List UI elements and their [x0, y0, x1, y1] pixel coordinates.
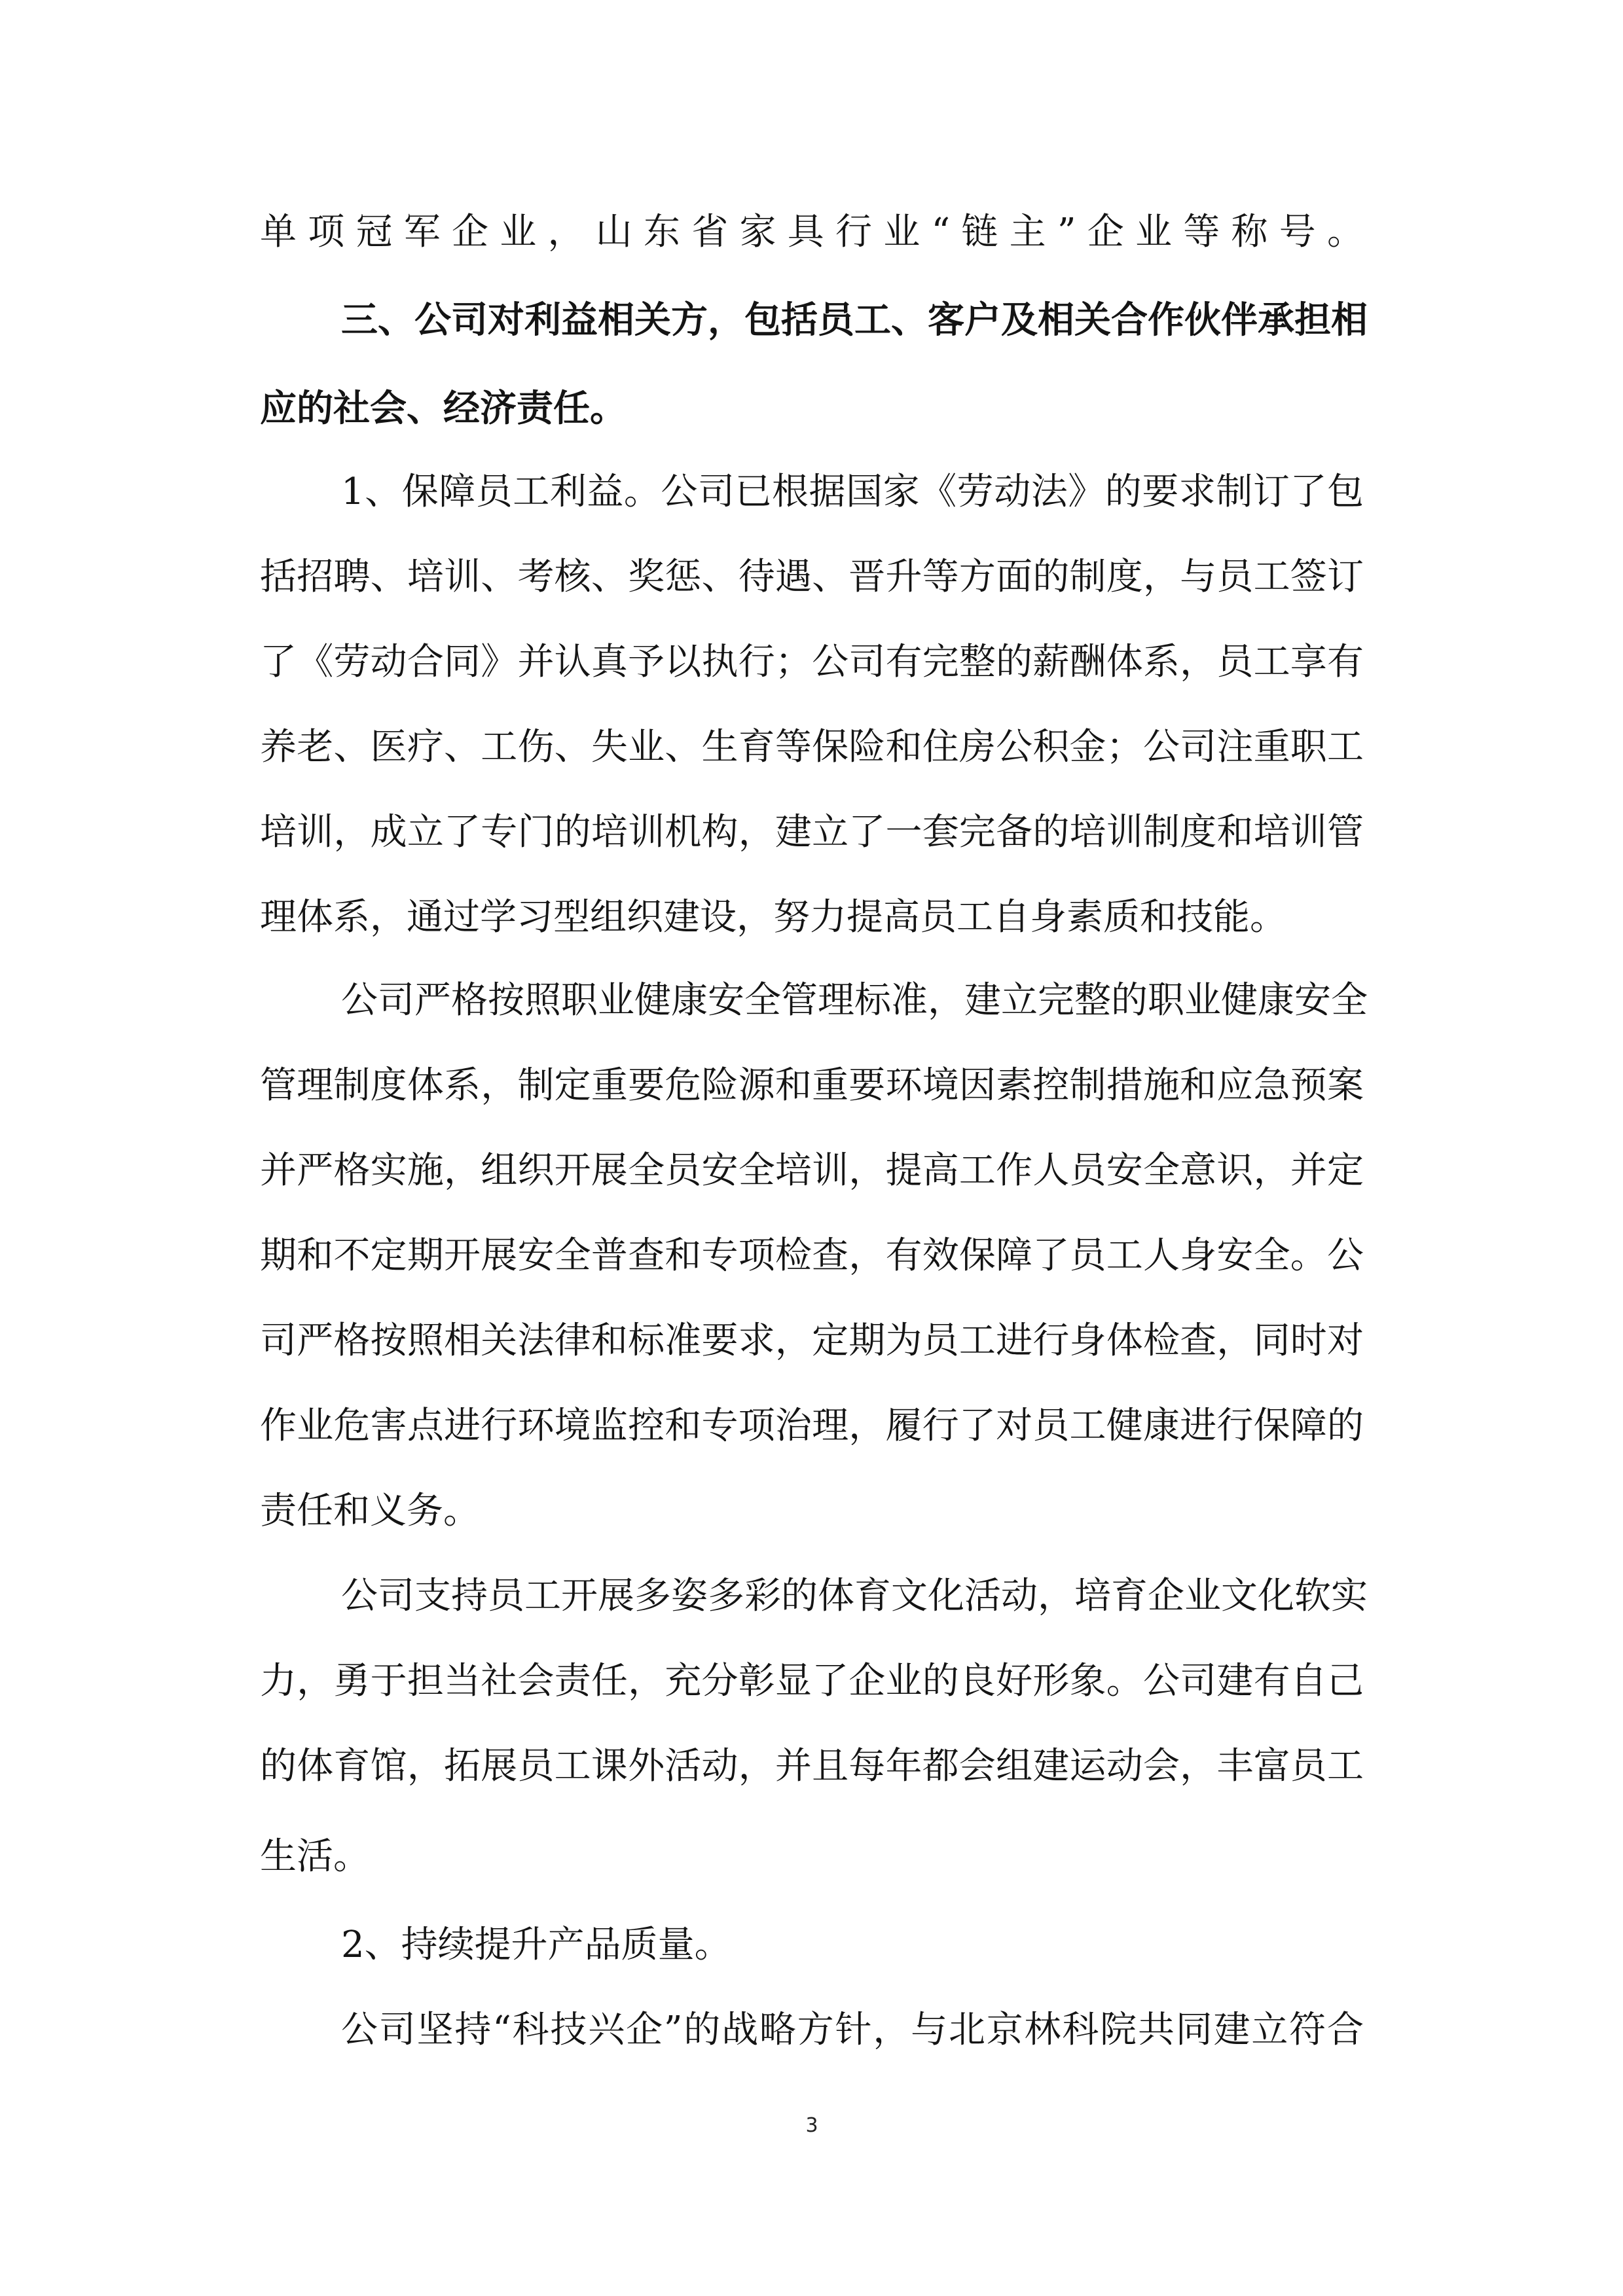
paragraph-line: 生活。	[260, 1836, 1364, 1878]
paragraph-line: 公司严格按照职业健康安全管理标准，建立完整的职业健康安全	[341, 980, 1364, 1022]
paragraph-line: 司严格按照相关法律和标准要求，定期为员工进行身体检查，同时对	[260, 1320, 1364, 1362]
page-number: 3	[799, 2114, 825, 2138]
paragraph-line: 括招聘、培训、考核、奖惩、待遇、晋升等方面的制度，与员工签订	[260, 556, 1364, 598]
paragraph-line: 管理制度体系，制定重要危险源和重要环境因素控制措施和应急预案	[260, 1065, 1364, 1107]
paragraph-line: 并严格实施，组织开展全员安全培训，提高工作人员安全意识，并定	[260, 1150, 1364, 1192]
section-heading-line: 三、公司对利益相关方，包括员工、客户及相关合作伙伴承担相	[341, 300, 1364, 342]
paragraph-line: 了《劳动合同》并认真予以执行；公司有完整的薪酬体系，员工享有	[260, 641, 1364, 683]
paragraph-line: 理体系，通过学习型组织建设，努力提高员工自身素质和技能。	[260, 897, 1364, 939]
paragraph-line: 作业危害点进行环境监控和专项治理，履行了对员工健康进行保障的	[260, 1405, 1364, 1447]
paragraph-line: 单项冠军企业，山东省家具行业“链主”企业等称号。	[260, 211, 1364, 253]
paragraph-line: 1、保障员工利益。公司已根据国家《劳动法》的要求制订了包	[341, 471, 1364, 513]
paragraph-line: 培训，成立了专门的培训机构，建立了一套完备的培训制度和培训管	[260, 812, 1364, 853]
paragraph-line: 公司支持员工开展多姿多彩的体育文化活动，培育企业文化软实	[341, 1575, 1364, 1617]
paragraph-line: 责任和义务。	[260, 1490, 1364, 1532]
paragraph-line: 养老、医疗、工伤、失业、生育等保险和住房公积金；公司注重职工	[260, 726, 1364, 768]
subsection-heading-line: 2、持续提升产品质量。	[341, 1924, 1364, 1966]
paragraph-line: 公司坚持“科技兴企”的战略方针，与北京林科院共同建立符合	[341, 2009, 1364, 2051]
paragraph-line: 的体育馆，拓展员工课外活动，并且每年都会组建运动会，丰富员工	[260, 1746, 1364, 1787]
document-page: 单项冠军企业，山东省家具行业“链主”企业等称号。 三、公司对利益相关方，包括员工…	[0, 0, 1623, 2296]
paragraph-line: 力，勇于担当社会责任，充分彰显了企业的良好形象。公司建有自己	[260, 1660, 1364, 1702]
section-heading-line: 应的社会、经济责任。	[260, 388, 1364, 430]
paragraph-line: 期和不定期开展安全普查和专项检查，有效保障了员工人身安全。公	[260, 1235, 1364, 1277]
